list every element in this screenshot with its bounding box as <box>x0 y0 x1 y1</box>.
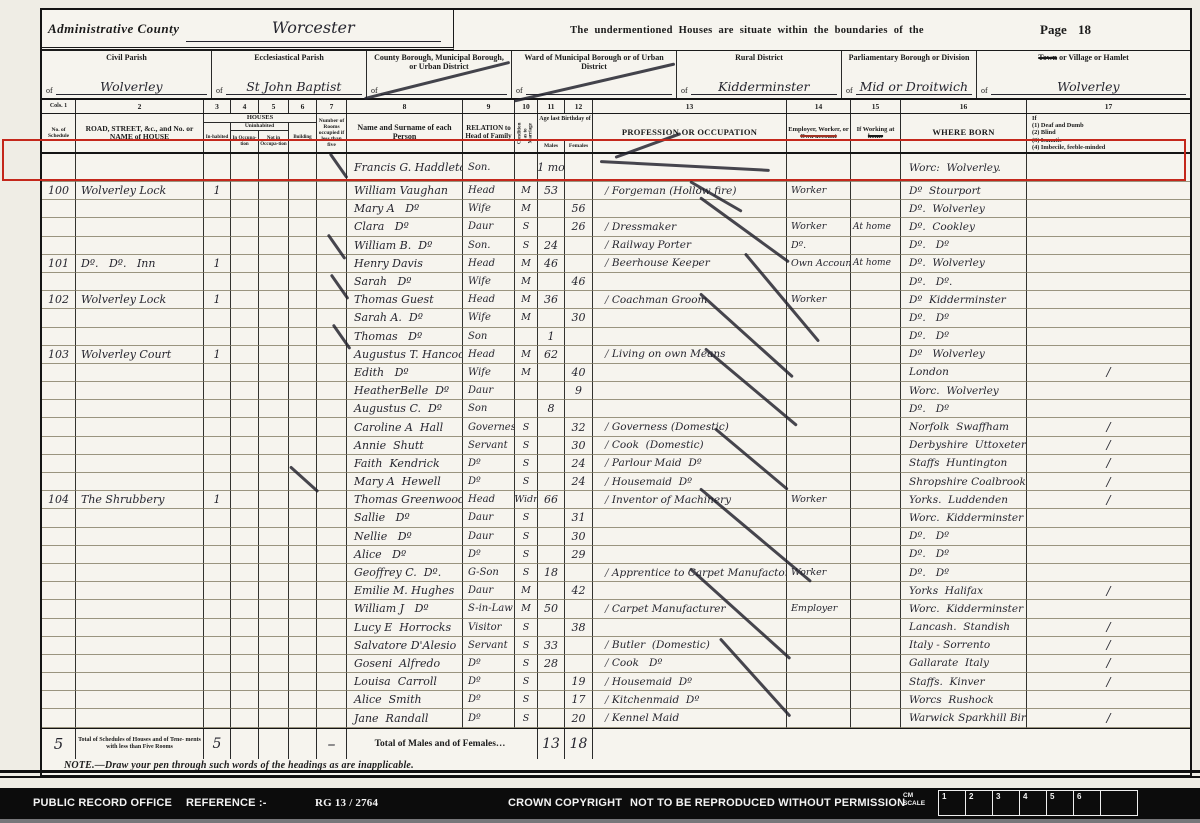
cell-inh <box>204 600 231 618</box>
cell-cond: S <box>515 546 538 564</box>
cell-sched <box>42 309 76 327</box>
cell-sched <box>42 237 76 255</box>
cell-home <box>851 709 901 727</box>
cell-bldg <box>289 182 317 200</box>
cell-emp: Dº. <box>787 237 851 255</box>
header-road-street: ROAD, STREET, &c., and No. or NAME of HO… <box>76 114 204 152</box>
cell-name: Emilie M. Hughes <box>346 582 463 600</box>
table-row: Lucy E HorrocksVisitorS38Lancash. Standi… <box>42 619 1190 637</box>
cell-house <box>76 582 204 600</box>
cell-occ <box>593 309 787 327</box>
cell-inh <box>204 218 231 236</box>
cell-bldg <box>289 154 317 182</box>
total-females: 18 <box>565 729 593 759</box>
cell-inh <box>204 655 231 673</box>
col-number: 11 <box>538 100 565 113</box>
cell-rooms <box>317 528 347 546</box>
table-row: William J DºS-in-LawM50Carpet Manufactur… <box>42 600 1190 618</box>
cell-inf: / <box>1027 473 1190 491</box>
header-houses-group: HOUSES In-habited Uninhabited In Occupa-… <box>204 114 317 152</box>
district-value: St John Baptist <box>226 79 362 95</box>
cell-rooms <box>317 691 347 709</box>
cell-inf <box>1027 309 1190 327</box>
ruler-cell: 3 <box>993 791 1020 815</box>
cell-unoc <box>231 382 259 400</box>
cell-cond: S <box>515 437 538 455</box>
empty-cell <box>593 729 1190 759</box>
pro-notice: NOT TO BE REPRODUCED WITHOUT PERMISSION <box>630 788 905 819</box>
cell-name: Sarah Dº <box>346 273 463 291</box>
cell-occ <box>593 400 787 418</box>
cell-born: Dº. Dº <box>901 564 1027 582</box>
of-word: of <box>46 86 53 95</box>
cell-home <box>851 200 901 218</box>
table-row: Jane RandallDºS20Kennel MaidWarwick Spar… <box>42 709 1190 727</box>
cell-inh <box>204 546 231 564</box>
cell-house <box>76 273 204 291</box>
cell-cond: S <box>515 637 538 655</box>
cell-inf: / <box>1027 491 1190 509</box>
cell-unnot <box>259 346 289 364</box>
cell-emp <box>787 154 851 182</box>
cell-unnot <box>259 182 289 200</box>
cell-name: Clara Dº <box>346 218 463 236</box>
header-profession: PROFESSION OR OCCUPATION <box>593 114 787 152</box>
cell-home <box>851 437 901 455</box>
pro-reference-label: REFERENCE :- <box>186 788 267 819</box>
cell-rel: Servant <box>463 437 515 455</box>
cell-cond: S <box>515 418 538 436</box>
cell-occ <box>593 364 787 382</box>
cell-inf <box>1027 237 1190 255</box>
cell-name: Jane Randall <box>346 709 463 727</box>
cell-name: Henry Davis <box>346 255 463 273</box>
cell-unoc <box>231 528 259 546</box>
cell-home: At home <box>851 255 901 273</box>
cell-emp: Employer <box>787 600 851 618</box>
header-where-born: WHERE BORN <box>901 114 1027 152</box>
cell-ageF: 20 <box>565 709 593 727</box>
table-row: Goseni AlfredoDºS28Cook DºGallarate Ital… <box>42 655 1190 673</box>
cell-home <box>851 655 901 673</box>
cell-born: Dº. Wolverley <box>901 200 1027 218</box>
cell-ageF: 24 <box>565 455 593 473</box>
cell-bldg <box>289 709 317 727</box>
col-number: 2 <box>76 100 204 113</box>
cell-emp: Own Account <box>787 255 851 273</box>
cell-name: Sarah A. Dº <box>346 309 463 327</box>
cell-unoc <box>231 455 259 473</box>
cell-unoc <box>231 364 259 382</box>
cell-name: Francis G. Haddleton <box>346 154 463 182</box>
cell-home <box>851 328 901 346</box>
cell-unnot <box>259 655 289 673</box>
cell-bldg <box>289 437 317 455</box>
cell-ageM: 53 <box>538 182 565 200</box>
totals-houses-label: Total of Schedules of Houses and of Tene… <box>76 729 204 759</box>
cell-name: Faith Kendrick <box>346 455 463 473</box>
cell-born: Derbyshire Uttoxeter <box>901 437 1027 455</box>
cell-rooms <box>317 218 347 236</box>
cell-ageM <box>538 691 565 709</box>
cell-home <box>851 582 901 600</box>
cell-house <box>76 673 204 691</box>
cell-ageM <box>538 218 565 236</box>
cell-house <box>76 509 204 527</box>
cell-sched <box>42 564 76 582</box>
cell-house <box>76 328 204 346</box>
cell-ageM <box>538 673 565 691</box>
cell-unoc <box>231 400 259 418</box>
cell-ageM <box>538 200 565 218</box>
cell-sched: 104 <box>42 491 76 509</box>
cell-unoc <box>231 273 259 291</box>
cell-occ <box>593 273 787 291</box>
cell-ageM: 62 <box>538 346 565 364</box>
cell-rel: Head <box>463 346 515 364</box>
cell-ageM: 28 <box>538 655 565 673</box>
cell-cond: M <box>515 309 538 327</box>
cell-inh <box>204 237 231 255</box>
cell-ageF: 40 <box>565 364 593 382</box>
cell-emp <box>787 709 851 727</box>
cell-cond: S <box>515 655 538 673</box>
col-number: 6 <box>289 100 317 113</box>
cell-inh <box>204 691 231 709</box>
cell-unoc <box>231 564 259 582</box>
cell-ageF: 30 <box>565 528 593 546</box>
cell-born: Dº. Wolverley <box>901 255 1027 273</box>
cell-bldg <box>289 255 317 273</box>
cell-home <box>851 364 901 382</box>
cell-inf <box>1027 691 1190 709</box>
table-row: Alice SmithDºS17Kitchenmaid DºWorcs Rush… <box>42 691 1190 709</box>
cell-ageF: 26 <box>565 218 593 236</box>
cell-bldg <box>289 691 317 709</box>
infirmity-line: (3) Lunatic <box>1032 137 1062 144</box>
cell-home <box>851 291 901 309</box>
pro-office-label: PUBLIC RECORD OFFICE <box>33 788 172 819</box>
header-building: Building <box>289 123 316 152</box>
table-row: 101Dº. Dº. Inn1Henry DavisHeadM46Beerhou… <box>42 255 1190 273</box>
cell-name: Thomas Guest <box>346 291 463 309</box>
cell-born: Worc. Wolverley <box>901 382 1027 400</box>
cell-sched: 102 <box>42 291 76 309</box>
cell-ageM <box>538 528 565 546</box>
cell-bldg <box>289 564 317 582</box>
cell-emp <box>787 418 851 436</box>
header-males: Males <box>538 140 565 152</box>
cell-rooms <box>317 455 347 473</box>
cell-home <box>851 673 901 691</box>
cell-rel: Visitor <box>463 619 515 637</box>
cell-inf: / <box>1027 418 1190 436</box>
cell-home <box>851 182 901 200</box>
cell-sched <box>42 455 76 473</box>
cell-sched <box>42 655 76 673</box>
cell-ageM <box>538 709 565 727</box>
cell-ageF <box>565 291 593 309</box>
cell-inf <box>1027 509 1190 527</box>
cell-ageM <box>538 473 565 491</box>
cell-inh <box>204 528 231 546</box>
cell-home: At home <box>851 218 901 236</box>
cell-rel: Head <box>463 182 515 200</box>
cell-cond <box>515 382 538 400</box>
cell-bldg <box>289 418 317 436</box>
cell-occ: Cook (Domestic) <box>593 437 787 455</box>
table-row: HeatherBelle DºDaur9Worc. Wolverley <box>42 382 1190 400</box>
cell-ageF <box>565 655 593 673</box>
cell-sched <box>42 473 76 491</box>
cell-name: William Vaughan <box>346 182 463 200</box>
cell-unnot <box>259 709 289 727</box>
cell-ageM <box>538 273 565 291</box>
ruler-cell: 1 <box>939 791 966 815</box>
cell-emp <box>787 673 851 691</box>
cell-inf: / <box>1027 709 1190 727</box>
header-uninhabited-group: Uninhabited In Occupa-tion Not in Occupa… <box>231 123 289 152</box>
cell-unnot <box>259 364 289 382</box>
cell-ageF: 32 <box>565 418 593 436</box>
header-name: Name and Surname of each Person <box>347 114 463 152</box>
cell-name: Geoffrey C. Dº. <box>346 564 463 582</box>
cell-rel: Dº <box>463 691 515 709</box>
cell-bldg <box>289 382 317 400</box>
infirmity-line: If <box>1032 115 1037 122</box>
table-row: William B. DºSon.S24Railway PorterDº.Dº.… <box>42 237 1190 255</box>
district-rural: Rural District ofKidderminster <box>677 51 842 98</box>
cell-bldg <box>289 218 317 236</box>
cell-bldg <box>289 328 317 346</box>
cell-name: Sallie Dº <box>346 509 463 527</box>
cell-unnot <box>259 509 289 527</box>
cell-cond: S <box>515 691 538 709</box>
cell-name: Thomas Greenwood <box>346 491 463 509</box>
cell-emp <box>787 691 851 709</box>
cell-ageF <box>565 600 593 618</box>
cell-sched <box>42 364 76 382</box>
cell-home <box>851 600 901 618</box>
cell-name: Alice Dº <box>346 546 463 564</box>
admin-county-box: Administrative County Worcester <box>42 10 454 50</box>
cell-born: Dº. Dº <box>901 400 1027 418</box>
cell-emp <box>787 473 851 491</box>
cell-house <box>76 437 204 455</box>
cell-bldg <box>289 364 317 382</box>
cell-home <box>851 273 901 291</box>
cell-name: HeatherBelle Dº <box>346 382 463 400</box>
cell-emp: Worker <box>787 218 851 236</box>
cell-occ: Butler (Domestic) <box>593 637 787 655</box>
cell-home <box>851 237 901 255</box>
cell-bldg <box>289 546 317 564</box>
cell-sched <box>42 418 76 436</box>
cell-home <box>851 473 901 491</box>
district-label: Rural District <box>681 53 837 62</box>
header-home-struck: home <box>868 133 883 140</box>
infirmity-line: (2) Blind <box>1032 129 1056 136</box>
cell-born: Warwick Sparkhill Birmingham <box>901 709 1027 727</box>
cell-rel: Servant <box>463 637 515 655</box>
ruler-cell: 2 <box>966 791 993 815</box>
cell-born: Lancash. Standish <box>901 619 1027 637</box>
cell-sched <box>42 546 76 564</box>
table-row: Geoffrey C. Dº.G-SonS18Apprentice to Car… <box>42 564 1190 582</box>
cell-rel: Head <box>463 291 515 309</box>
cell-unoc <box>231 673 259 691</box>
cell-inf <box>1027 400 1190 418</box>
table-row: Mary A DºWifeM56Dº. Wolverley <box>42 200 1190 218</box>
cell-unnot <box>259 309 289 327</box>
cell-rel: S-in-Law <box>463 600 515 618</box>
cell-cond: M <box>515 364 538 382</box>
district-label: Civil Parish <box>46 53 207 62</box>
cell-rel: Son <box>463 328 515 346</box>
cell-ageM <box>538 364 565 382</box>
cell-inh: 1 <box>204 255 231 273</box>
cell-house <box>76 546 204 564</box>
district-label: Parliamentary Borough or Division <box>846 53 972 62</box>
cell-unnot <box>259 637 289 655</box>
cell-cond <box>515 400 538 418</box>
cell-emp <box>787 655 851 673</box>
cell-bldg <box>289 637 317 655</box>
cell-unoc <box>231 437 259 455</box>
cell-ageM <box>538 546 565 564</box>
cell-rooms <box>317 673 347 691</box>
cell-sched <box>42 382 76 400</box>
cell-unnot <box>259 237 289 255</box>
cell-rel: Head <box>463 255 515 273</box>
cell-ageM <box>538 418 565 436</box>
district-ecclesiastical-parish: Ecclesiastical Parish ofSt John Baptist <box>212 51 367 98</box>
cell-ageM <box>538 437 565 455</box>
cell-house <box>76 200 204 218</box>
cell-cond: S <box>515 709 538 727</box>
district-parliamentary: Parliamentary Borough or Division ofMid … <box>842 51 977 98</box>
cell-home <box>851 400 901 418</box>
struck-word: Town <box>1038 53 1057 62</box>
cell-bldg <box>289 655 317 673</box>
total-rooms-dash: – <box>317 729 347 759</box>
cell-unoc <box>231 328 259 346</box>
cell-ageF: 29 <box>565 546 593 564</box>
cell-rel: Dº <box>463 673 515 691</box>
of-word: of <box>516 86 523 95</box>
cell-ageM <box>538 309 565 327</box>
cell-house <box>76 382 204 400</box>
cell-inf <box>1027 328 1190 346</box>
cell-cond: S <box>515 237 538 255</box>
table-row: Nellie DºDaurS30Dº. Dº <box>42 528 1190 546</box>
cell-home <box>851 309 901 327</box>
cell-inh <box>204 709 231 727</box>
cell-inh: 1 <box>204 291 231 309</box>
table-row: 100Wolverley Lock1William VaughanHeadM53… <box>42 182 1190 200</box>
cell-bldg <box>289 509 317 527</box>
cell-inf <box>1027 200 1190 218</box>
cell-born: Dº. Dº <box>901 546 1027 564</box>
cell-emp <box>787 346 851 364</box>
totals-persons-label: Total of Males and of Females… <box>347 729 538 759</box>
cell-sched <box>42 709 76 727</box>
cell-ageM <box>538 509 565 527</box>
cell-ageF: 30 <box>565 437 593 455</box>
cell-ageM: 50 <box>538 600 565 618</box>
cell-house: Wolverley Court <box>76 346 204 364</box>
cell-cond: M <box>515 582 538 600</box>
cell-name: Mary A Hewell <box>346 473 463 491</box>
cell-born: Worc. Kidderminster <box>901 509 1027 527</box>
cell-unoc <box>231 655 259 673</box>
cell-home <box>851 564 901 582</box>
table-row: Annie ShuttServantS30Cook (Domestic)Derb… <box>42 437 1190 455</box>
cell-name: Annie Shutt <box>346 437 463 455</box>
infirmity-line: (4) Imbecile, feeble-minded <box>1032 144 1105 151</box>
cell-born: Norfolk Swaffham <box>901 418 1027 436</box>
cell-unoc <box>231 582 259 600</box>
cell-home <box>851 619 901 637</box>
total-males: 13 <box>538 729 565 759</box>
cell-rel: Wife <box>463 273 515 291</box>
ruler-cell: 5 <box>1047 791 1074 815</box>
cell-bldg <box>289 619 317 637</box>
header-employer: Employer, Worker, or Own account <box>787 114 851 152</box>
cell-rel: Dº <box>463 655 515 673</box>
cell-bldg <box>289 273 317 291</box>
cell-home <box>851 509 901 527</box>
cell-rel: Son. <box>463 154 515 182</box>
cell-house <box>76 309 204 327</box>
total-inhabited: 5 <box>204 729 231 759</box>
header-schedule: No. of Schedule <box>42 114 76 152</box>
cell-emp <box>787 382 851 400</box>
cell-house <box>76 637 204 655</box>
cell-house <box>76 691 204 709</box>
cell-born: Dº Kidderminster <box>901 291 1027 309</box>
cell-inf <box>1027 182 1190 200</box>
cell-born: Dº Wolverley <box>901 346 1027 364</box>
cell-inh <box>204 328 231 346</box>
cell-born: Dº. Dº <box>901 237 1027 255</box>
cell-rooms <box>317 619 347 637</box>
cell-house <box>76 418 204 436</box>
table-row: Sarah DºWifeM46Dº. Dº. <box>42 273 1190 291</box>
cell-unoc <box>231 200 259 218</box>
cell-name: Augustus T. Hancocks <box>346 346 463 364</box>
cell-house <box>76 154 204 182</box>
header-in-occupation: In Occupa-tion <box>231 131 259 152</box>
cell-emp <box>787 455 851 473</box>
cell-emp <box>787 328 851 346</box>
cell-ageM: 36 <box>538 291 565 309</box>
of-word: of <box>681 86 688 95</box>
cell-rooms <box>317 509 347 527</box>
cell-house <box>76 709 204 727</box>
table-row: Augustus C. DºSon8Dº. Dº <box>42 400 1190 418</box>
cell-rooms <box>317 418 347 436</box>
ruler-cell-empty <box>1101 791 1137 815</box>
header-rooms: Number of Rooms occupied if less than fi… <box>317 114 347 152</box>
form-bottom-rule <box>0 770 1200 778</box>
col-number: 7 <box>317 100 347 113</box>
table-row: Thomas DºSon1Dº. Dº <box>42 328 1190 346</box>
cell-ageF <box>565 346 593 364</box>
cell-sched: 101 <box>42 255 76 273</box>
cell-cond: M <box>515 200 538 218</box>
cell-occ: Kennel Maid <box>593 709 787 727</box>
